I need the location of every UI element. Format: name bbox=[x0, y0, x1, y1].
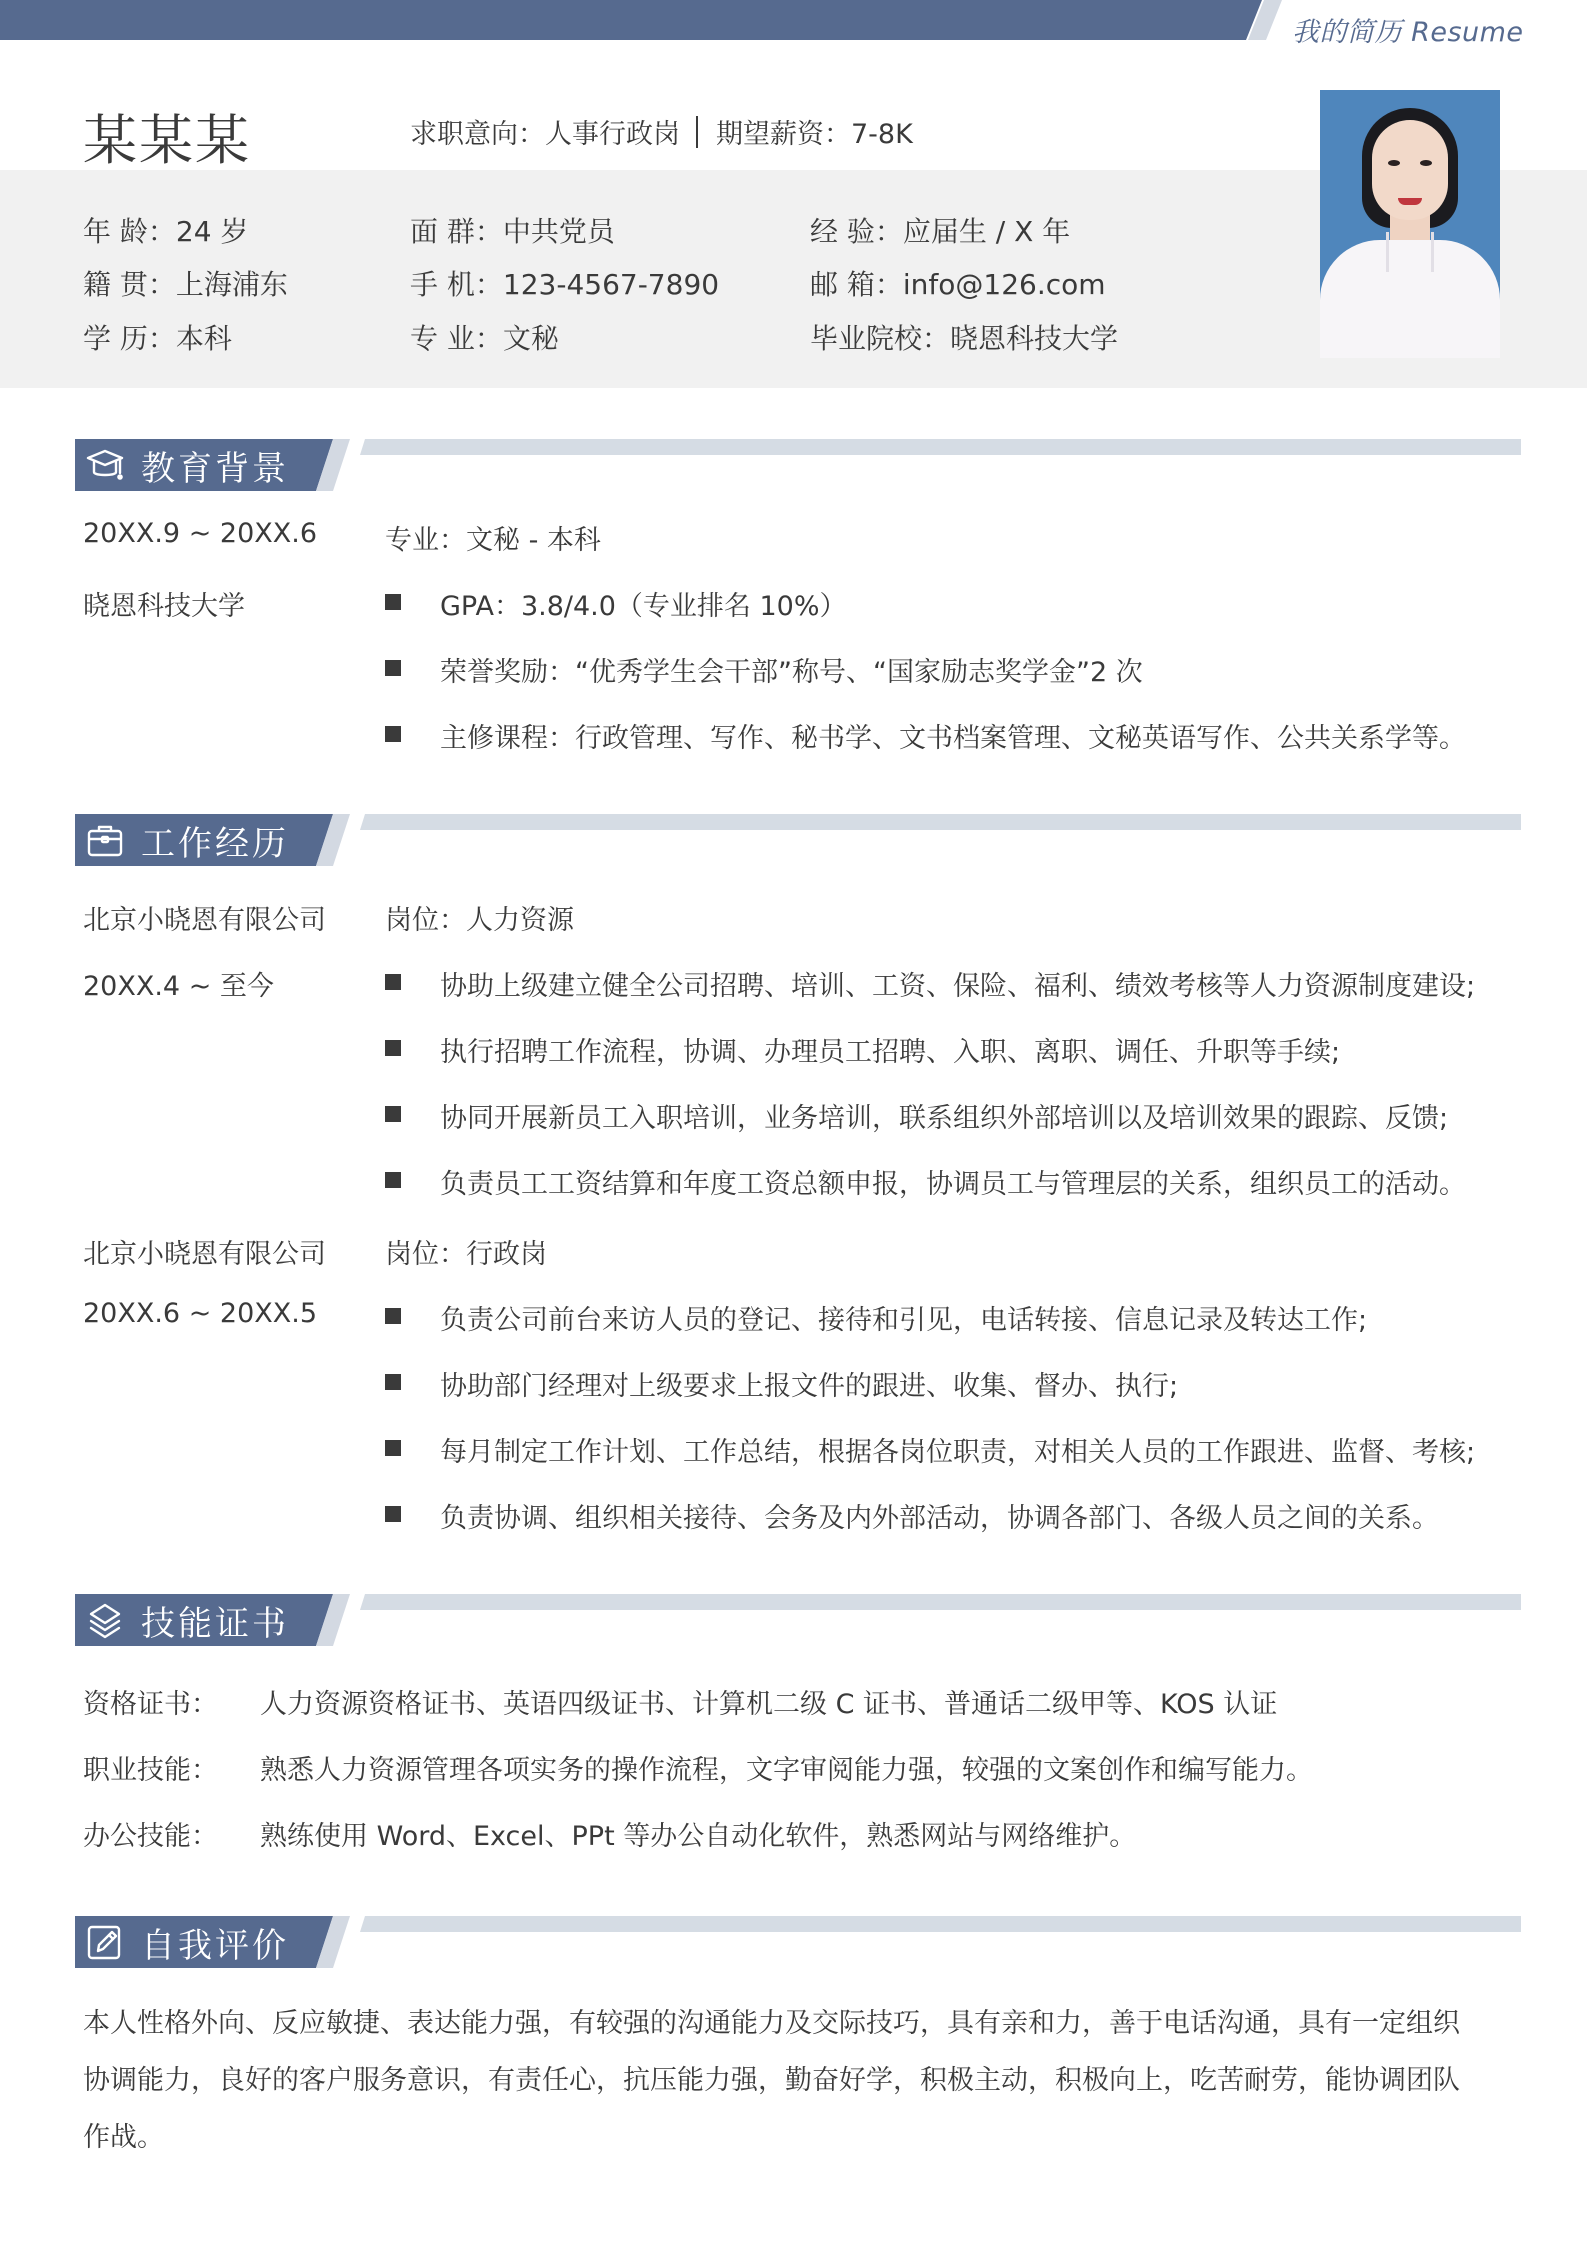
education-bullet: 主修课程：行政管理、写作、秘书学、文书档案管理、文秘英语写作、公共关系学等。 bbox=[440, 716, 1466, 755]
job-intent-text: 求职意向：人事行政岗 bbox=[410, 112, 680, 151]
info-school: 毕业院校：晓恩科技大学 bbox=[810, 317, 1118, 357]
section-title: 自我评价 bbox=[141, 1918, 289, 1967]
self-evaluation-line: 作战。 bbox=[83, 2109, 1523, 2166]
section-header-skills: 技能证书 bbox=[75, 1594, 1521, 1646]
info-email: 邮 箱：info@126.com bbox=[810, 263, 1106, 303]
skill-value: 熟练使用 Word、Excel、PPt 等办公自动化软件，熟悉网站与网络维护。 bbox=[260, 1814, 1136, 1853]
self-evaluation-line: 本人性格外向、反应敏捷、表达能力强，有较强的沟通能力及交际技巧，具有亲和力，善于… bbox=[83, 1995, 1523, 2052]
bullet-icon bbox=[385, 660, 401, 676]
job-bullet: 负责协调、组织相关接待、会务及内外部活动，协调各部门、各级人员之间的关系。 bbox=[440, 1496, 1439, 1535]
divider bbox=[696, 116, 698, 148]
self-evaluation-line: 协调能力，良好的客户服务意识，有责任心，抗压能力强，勤奋好学，积极主动，积极向上… bbox=[83, 2052, 1523, 2109]
education-period: 20XX.9 ~ 20XX.6 bbox=[83, 518, 317, 549]
bullet-icon bbox=[385, 1440, 401, 1456]
bullet-icon bbox=[385, 1506, 401, 1522]
education-school: 晓恩科技大学 bbox=[83, 584, 245, 623]
graduation-cap-icon bbox=[83, 443, 127, 487]
section-header-education: 教育背景 bbox=[75, 439, 1521, 491]
education-major: 专业：文秘 - 本科 bbox=[385, 518, 601, 557]
job-bullet: 负责员工工资结算和年度工资总额申报，协调员工与管理层的关系，组织员工的活动。 bbox=[440, 1162, 1466, 1201]
education-bullet: 荣誉奖励：“优秀学生会干部”称号、“国家励志奖学金”2 次 bbox=[440, 650, 1143, 689]
job-bullet: 协助上级建立健全公司招聘、培训、工资、保险、福利、绩效考核等人力资源制度建设; bbox=[440, 964, 1475, 1003]
job-bullet: 执行招聘工作流程，协调、办理员工招聘、入职、离职、调任、升职等手续; bbox=[440, 1030, 1340, 1069]
info-degree: 学 历：本科 bbox=[83, 317, 232, 357]
info-experience: 经 验：应届生 / X 年 bbox=[810, 210, 1070, 250]
skill-label: 资格证书： bbox=[83, 1682, 218, 1721]
job-period: 20XX.6 ~ 20XX.5 bbox=[83, 1298, 317, 1329]
skill-label: 职业技能： bbox=[83, 1748, 218, 1787]
info-major: 专 业：文秘 bbox=[410, 317, 559, 357]
job-company: 北京小晓恩有限公司 bbox=[83, 1232, 326, 1271]
candidate-name: 某某某 bbox=[83, 98, 251, 175]
bullet-icon bbox=[385, 1308, 401, 1324]
info-hometown: 籍 贯：上海浦东 bbox=[83, 263, 288, 303]
info-age: 年 龄：24 岁 bbox=[83, 210, 248, 250]
job-bullet: 协助部门经理对上级要求上报文件的跟进、收集、督办、执行; bbox=[440, 1364, 1178, 1403]
job-bullet: 每月制定工作计划、工作总结，根据各岗位职责，对相关人员的工作跟进、监督、考核; bbox=[440, 1430, 1475, 1469]
job-company: 北京小晓恩有限公司 bbox=[83, 898, 326, 937]
bullet-icon bbox=[385, 974, 401, 990]
bullet-icon bbox=[385, 594, 401, 610]
skill-value: 人力资源资格证书、英语四级证书、计算机二级 C 证书、普通话二级甲等、KOS 认… bbox=[260, 1682, 1277, 1721]
job-intent: 求职意向：人事行政岗 期望薪资：7-8K bbox=[410, 112, 913, 151]
section-header-work: 工作经历 bbox=[75, 814, 1521, 866]
job-bullet: 负责公司前台来访人员的登记、接待和引见，电话转接、信息记录及转达工作; bbox=[440, 1298, 1367, 1337]
bullet-icon bbox=[385, 1374, 401, 1390]
layers-icon bbox=[83, 1598, 127, 1642]
salary-text: 期望薪资：7-8K bbox=[716, 112, 913, 151]
top-banner-bar bbox=[0, 0, 1262, 40]
info-phone: 手 机：123-4567-7890 bbox=[410, 263, 719, 303]
job-position: 岗位：人力资源 bbox=[385, 898, 574, 937]
job-position: 岗位：行政岗 bbox=[385, 1232, 547, 1271]
section-title: 技能证书 bbox=[141, 1596, 289, 1645]
section-header-self-evaluation: 自我评价 bbox=[75, 1916, 1521, 1968]
bullet-icon bbox=[385, 1172, 401, 1188]
bullet-icon bbox=[385, 1106, 401, 1122]
profile-photo bbox=[1320, 90, 1500, 358]
bullet-icon bbox=[385, 1040, 401, 1056]
info-political: 面 群：中共党员 bbox=[410, 210, 615, 250]
briefcase-icon bbox=[83, 818, 127, 862]
resume-tag: 我的简历 Resume bbox=[1292, 10, 1524, 49]
education-bullet: GPA：3.8/4.0（专业排名 10%） bbox=[440, 584, 847, 623]
bullet-icon bbox=[385, 726, 401, 742]
skill-label: 办公技能： bbox=[83, 1814, 218, 1853]
job-bullet: 协同开展新员工入职培训，业务培训，联系组织外部培训以及培训效果的跟踪、反馈; bbox=[440, 1096, 1448, 1135]
section-title: 工作经历 bbox=[141, 816, 289, 865]
skill-value: 熟悉人力资源管理各项实务的操作流程，文字审阅能力强，较强的文案创作和编写能力。 bbox=[260, 1748, 1313, 1787]
section-title: 教育背景 bbox=[141, 441, 289, 490]
edit-icon bbox=[83, 1920, 127, 1964]
self-evaluation-text: 本人性格外向、反应敏捷、表达能力强，有较强的沟通能力及交际技巧，具有亲和力，善于… bbox=[83, 1995, 1523, 2166]
job-period: 20XX.4 ~ 至今 bbox=[83, 964, 274, 1003]
